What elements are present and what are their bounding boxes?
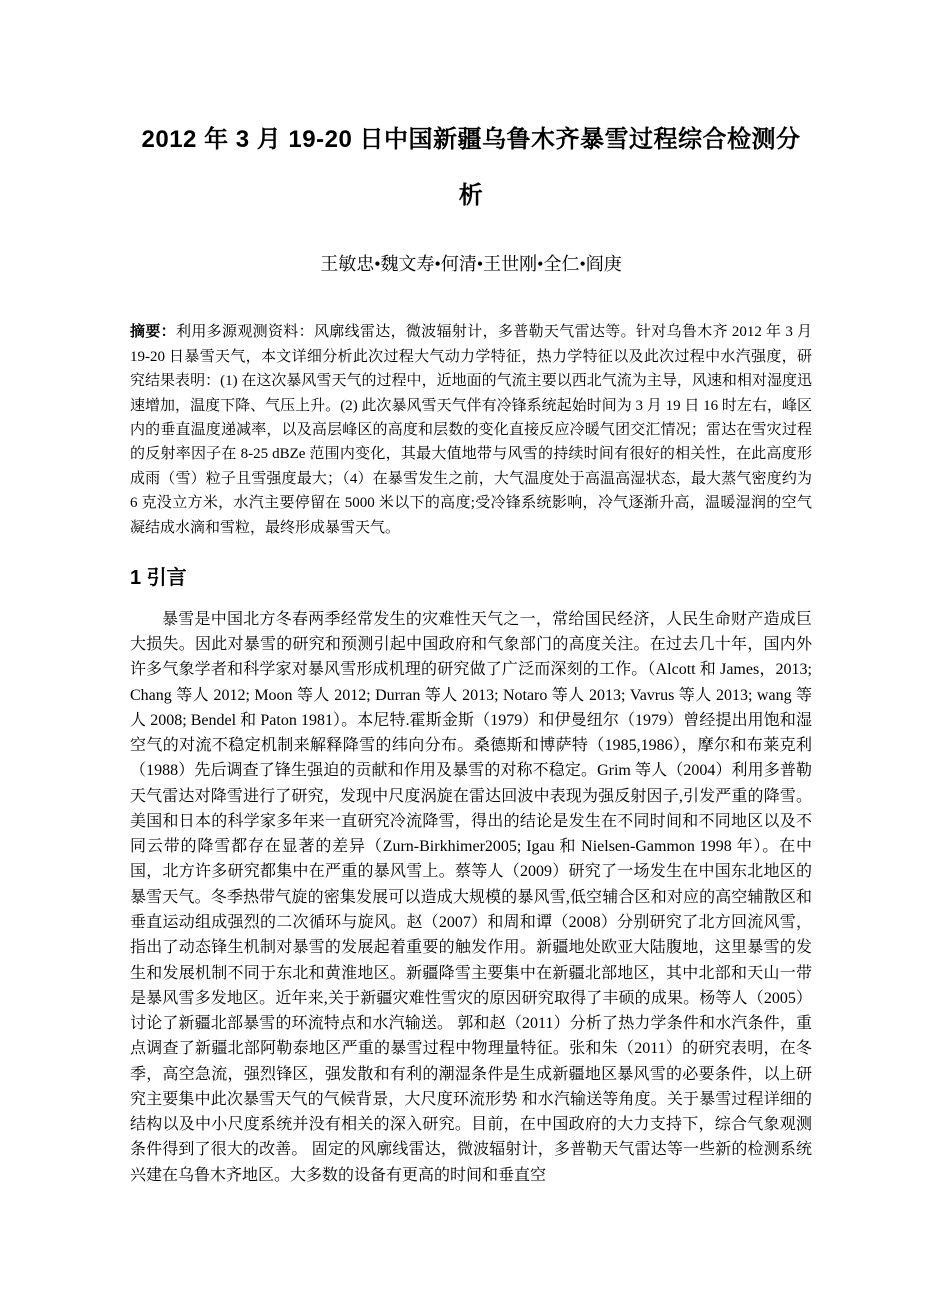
paper-title: 2012 年 3 月 19-20 日中国新疆乌鲁木齐暴雪过程综合检测分析 xyxy=(130,112,812,225)
abstract-text: 利用多源观测资料：风廓线雷达，微波辐射计，多普勒天气雷达等。针对乌鲁木齐 201… xyxy=(130,324,812,536)
abstract-paragraph: 摘要：利用多源观测资料：风廓线雷达，微波辐射计，多普勒天气雷达等。针对乌鲁木齐 … xyxy=(130,320,812,540)
section-heading-introduction: 1 引言 xyxy=(130,566,812,590)
abstract-label: 摘要： xyxy=(130,323,176,340)
document-page: 2012 年 3 月 19-20 日中国新疆乌鲁木齐暴雪过程综合检测分析 王敏忠… xyxy=(0,0,926,1309)
introduction-paragraph: 暴雪是中国北方冬春两季经常发生的灾难性天气之一，常给国民经济，人民生命财产造成巨… xyxy=(130,607,812,1188)
authors-line: 王敏忠•魏文寿•何清•王世刚•全仁•阎庚 xyxy=(130,253,812,276)
